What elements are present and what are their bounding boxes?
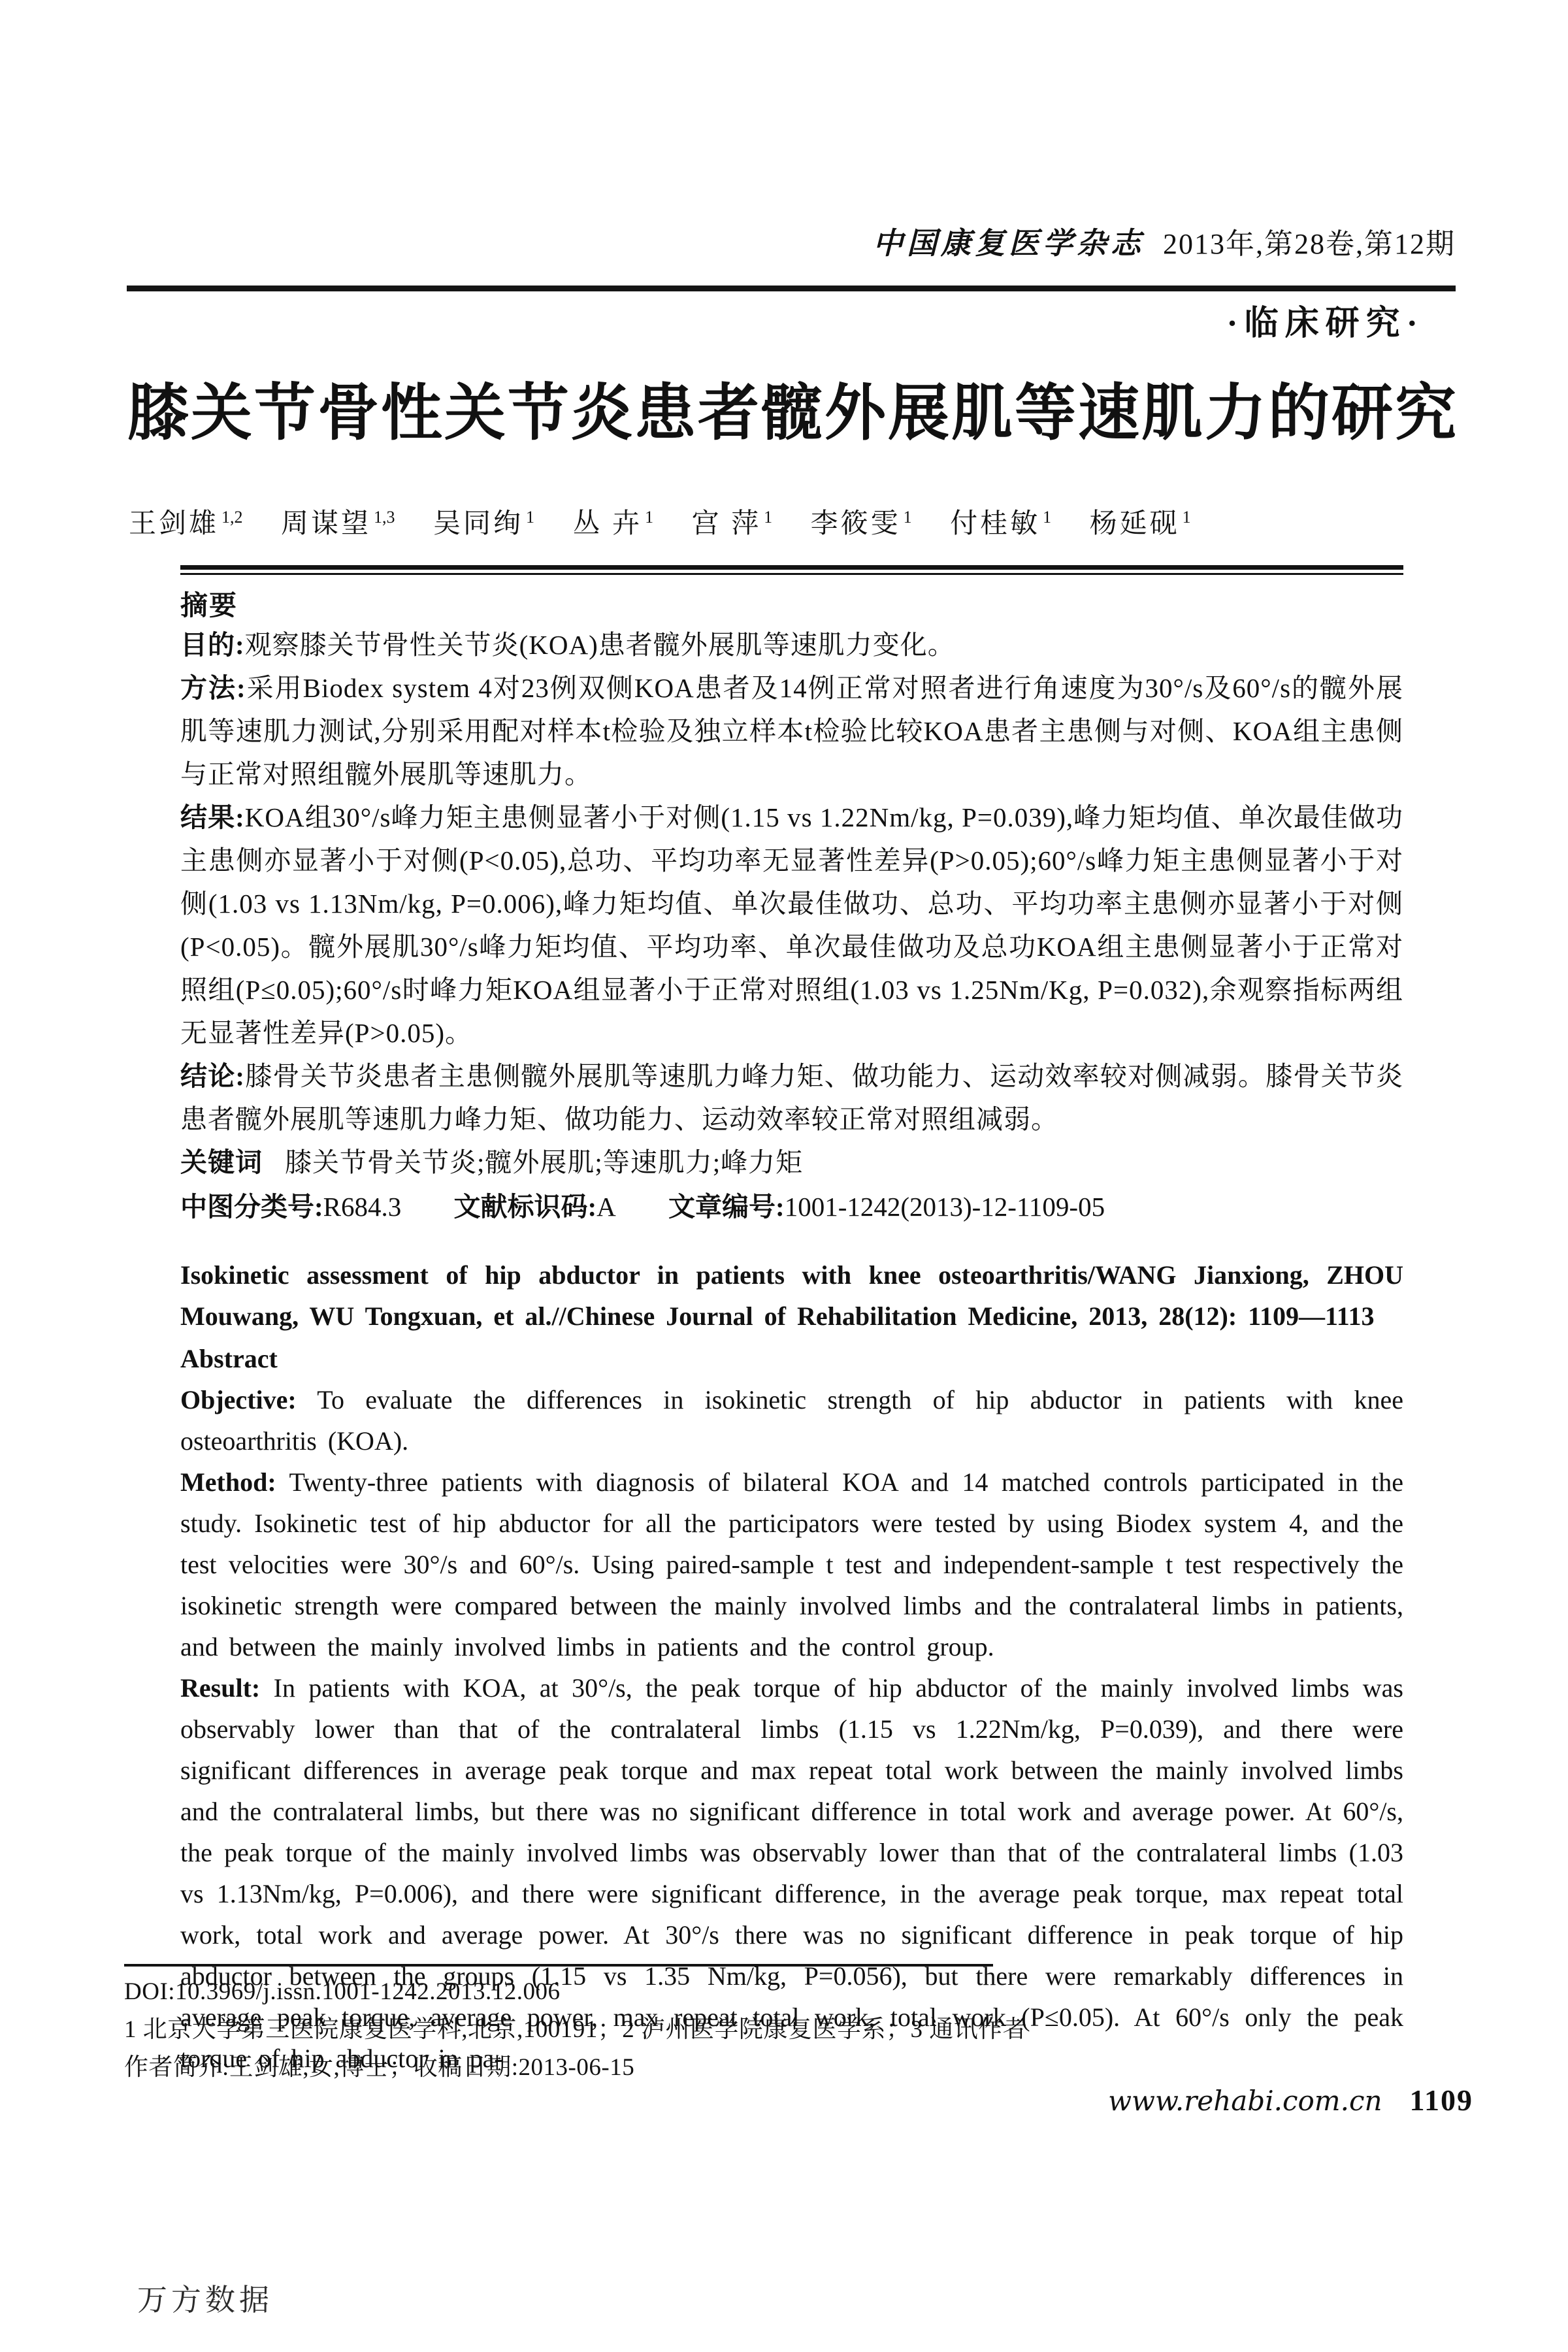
author-affiliation-sup: 1: [764, 508, 772, 527]
abstract-top-rule-thin: [180, 573, 1403, 575]
article-id-segment: 文章编号:1001-1242(2013)-12-1109-05: [668, 1192, 1105, 1222]
author-name: 吴同绚: [433, 509, 523, 539]
author: 吴同绚1: [433, 509, 534, 539]
conclusion-label-cn: 结论:: [180, 1061, 245, 1091]
abstract-objective-en: Objective: To evaluate the differences i…: [180, 1379, 1403, 1462]
author-affiliation-sup: 1,2: [221, 508, 243, 527]
section-label: ·临床研究·: [1226, 295, 1424, 344]
footnote-rule: [124, 1964, 993, 1967]
header-rule: [127, 286, 1456, 291]
affiliations-line: 1 北京大学第三医院康复医学科,北京,100191；2 泸州医学院康复医学系；3…: [124, 2011, 1470, 2049]
wanfang-watermark: 万方数据: [137, 2276, 273, 2319]
page-number: 1109: [1410, 2083, 1473, 2117]
clc-label: 中图分类号:: [180, 1192, 323, 1222]
abstract-objective-cn: 目的:观察膝关节骨性关节炎(KOA)患者髋外展肌等速肌力变化。: [180, 623, 1403, 666]
doc-code-value: A: [596, 1192, 616, 1222]
result-label-cn: 结果:: [180, 802, 245, 832]
doc-code-segment: 文献标识码:A: [454, 1192, 616, 1222]
objective-text-en: To evaluate the differences in isokineti…: [180, 1385, 1403, 1456]
abstract-heading-cn: 摘要: [180, 584, 1403, 623]
journal-header: 中国康复医学杂志2013年,第28卷,第12期: [873, 223, 1456, 264]
clc-segment: 中图分类号:R684.3: [180, 1192, 401, 1222]
method-label-cn: 方法:: [180, 673, 246, 703]
result-text-cn: KOA组30°/s峰力矩主患侧显著小于对侧(1.15 vs 1.22Nm/kg,…: [180, 802, 1403, 1048]
journal-name: 中国康复医学杂志: [873, 225, 1145, 261]
abstract-section: 摘要 目的:观察膝关节骨性关节炎(KOA)患者髋外展肌等速肌力变化。 方法:采用…: [180, 565, 1403, 2079]
author-affiliation-sup: 1: [645, 508, 653, 527]
keywords-text: 膝关节骨关节炎;髋外展肌;等速肌力;峰力矩: [285, 1147, 803, 1177]
author-affiliation-sup: 1: [1043, 508, 1051, 527]
abstract-heading-en: Abstract: [180, 1338, 1403, 1379]
objective-label-en: Objective:: [180, 1385, 297, 1414]
abstract-result-cn: 结果:KOA组30°/s峰力矩主患侧显著小于对侧(1.15 vs 1.22Nm/…: [180, 796, 1403, 1054]
result-label-en: Result:: [180, 1673, 260, 1703]
method-text-en: Twenty-three patients with diagnosis of …: [180, 1467, 1403, 1661]
conclusion-text-cn: 膝骨关节炎患者主患侧髋外展肌等速肌力峰力矩、做功能力、运动效率较对侧减弱。膝骨关…: [180, 1061, 1403, 1134]
author-name: 周谋望: [281, 509, 371, 539]
author-affiliation-sup: 1,3: [374, 508, 395, 527]
method-label-en: Method:: [180, 1467, 276, 1497]
author: 周谋望1,3: [281, 509, 395, 539]
author-affiliation-sup: 1: [904, 508, 912, 527]
abstract-conclusion-cn: 结论:膝骨关节炎患者主患侧髋外展肌等速肌力峰力矩、做功能力、运动效率较对侧减弱。…: [180, 1054, 1403, 1141]
english-citation: Isokinetic assessment of hip abductor in…: [180, 1254, 1403, 1337]
author-affiliation-sup: 1: [1183, 508, 1191, 527]
abstract-method-en: Method: Twenty-three patients with diagn…: [180, 1462, 1403, 1667]
method-text-cn: 采用Biodex system 4对23例双侧KOA患者及14例正常对照者进行角…: [180, 673, 1403, 789]
author-name: 付桂敏: [950, 509, 1040, 539]
authors-line: 王剑雄1,2 周谋望1,3 吴同绚1 丛 卉1 宫 萍1 李筱雯1 付桂敏1 杨…: [129, 502, 1475, 541]
author-affiliation-sup: 1: [526, 508, 534, 527]
doi-line: DOI:10.3969/j.issn.1001-1242.2013.12.006: [124, 1973, 1470, 2011]
abstract-section-en: Isokinetic assessment of hip abductor in…: [180, 1254, 1403, 2079]
author: 宫 萍1: [692, 509, 773, 539]
author: 李筱雯1: [811, 509, 912, 539]
keywords-label: 关键词: [180, 1147, 263, 1177]
page-footer: www.rehabi.com.cn1109: [1108, 2083, 1473, 2117]
author: 丛 卉1: [573, 509, 654, 539]
page-title: 膝关节骨性关节炎患者髋外展肌等速肌力的研究: [127, 378, 1473, 449]
abstract-method-cn: 方法:采用Biodex system 4对23例双侧KOA患者及14例正常对照者…: [180, 666, 1403, 796]
journal-website: www.rehabi.com.cn: [1108, 2085, 1382, 2117]
author-name: 李筱雯: [811, 509, 901, 539]
author-name: 丛 卉: [573, 509, 643, 539]
author: 王剑雄1,2: [129, 509, 243, 539]
abstract-top-rule-thick: [180, 565, 1403, 570]
author: 杨延砚1: [1090, 509, 1191, 539]
objective-text-cn: 观察膝关节骨性关节炎(KOA)患者髋外展肌等速肌力变化。: [245, 630, 955, 660]
article-id-label: 文章编号:: [668, 1192, 785, 1222]
objective-label-cn: 目的:: [180, 630, 245, 660]
paper-page: { "header": { "journal_name": "中国康复医学杂志"…: [0, 0, 1568, 2352]
author: 付桂敏1: [950, 509, 1051, 539]
author-note-line: 作者简介:王剑雄,女,博士；收稿日期:2013-06-15: [124, 2049, 1470, 2087]
classification-line: 中图分类号:R684.3 文献标识码:A 文章编号:1001-1242(2013…: [180, 1185, 1403, 1228]
article-id-value: 1001-1242(2013)-12-1109-05: [785, 1192, 1105, 1222]
footnote-area: DOI:10.3969/j.issn.1001-1242.2013.12.006…: [124, 1964, 1470, 2087]
author-name: 王剑雄: [129, 509, 219, 539]
doc-code-label: 文献标识码:: [454, 1192, 597, 1222]
clc-value: R684.3: [323, 1192, 402, 1222]
author-name: 杨延砚: [1090, 509, 1180, 539]
journal-issue-info: 2013年,第28卷,第12期: [1163, 228, 1456, 260]
keywords-line: 关键词膝关节骨关节炎;髋外展肌;等速肌力;峰力矩: [180, 1141, 1403, 1184]
author-name: 宫 萍: [692, 509, 762, 539]
